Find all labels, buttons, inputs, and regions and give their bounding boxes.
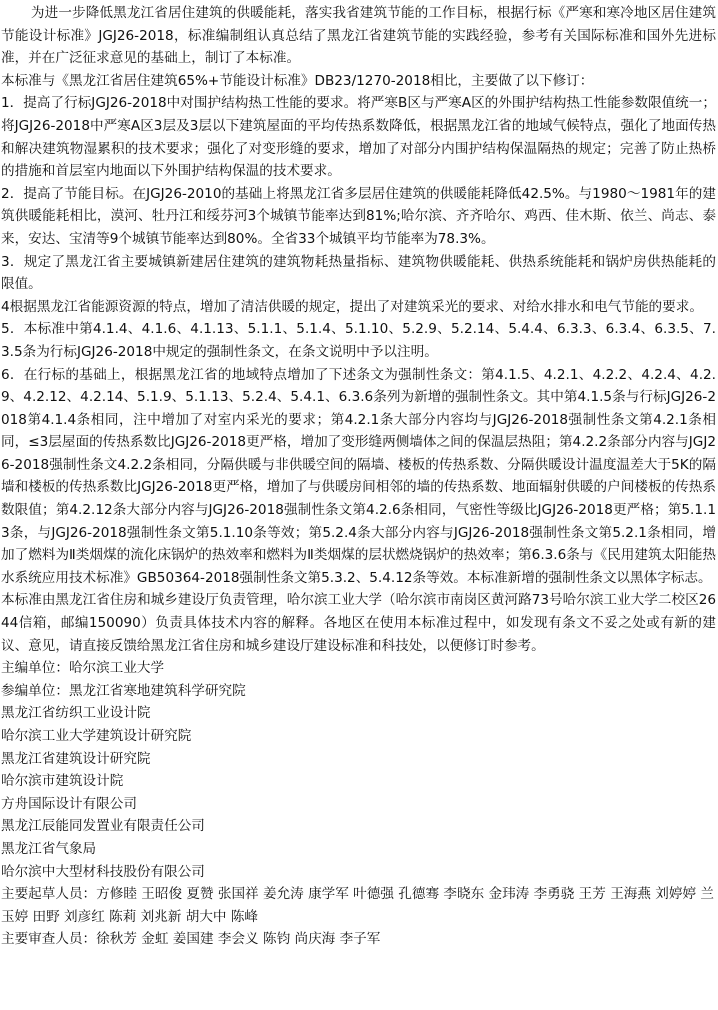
revision-item-4: 4根据黑龙江省能源资源的特点，增加了清洁供暖的规定，提出了对建筑采光的要求、对给… [1,296,716,319]
chief-editor-unit: 主编单位：哈尔滨工业大学 [1,657,716,680]
participating-unit: 黑龙江省建筑设计研究院 [1,748,716,771]
participating-unit: 方舟国际设计有限公司 [1,793,716,816]
management-paragraph: 本标准由黑龙江省住房和城乡建设厅负责管理，哈尔滨工业大学（哈尔滨市南岗区黄河路7… [1,589,716,657]
participating-unit: 哈尔滨中大型材科技股份有限公司 [1,861,716,884]
participating-unit: 哈尔滨工业大学建筑设计研究院 [1,725,716,748]
intro-paragraph: 为进一步降低黑龙江省居住建筑的供暖能耗，落实我省建筑节能的工作目标，根据行标《严… [1,2,716,70]
main-reviewers: 主要审查人员：徐秋芳 金虹 姜国建 李会义 陈钧 尚庆海 李子军 [1,928,716,951]
participating-unit: 黑龙江省纺织工业设计院 [1,702,716,725]
participating-unit: 黑龙江省气象局 [1,838,716,861]
comparison-paragraph: 本标准与《黑龙江省居住建筑65%+节能设计标准》DB23/1270-2018相比… [1,70,716,93]
revision-item-1: 1．提高了行标JGJ26-2018中对围护结构热工性能的要求。将严寒B区与严寒A… [1,92,716,182]
document-body: 为进一步降低黑龙江省居住建筑的供暖能耗，落实我省建筑节能的工作目标，根据行标《严… [0,0,718,951]
revision-item-6: 6．在行标的基础上，根据黑龙江省的地域特点增加了下述条文为强制性条文：第4.1.… [1,364,716,590]
main-drafters: 主要起草人员：方修睦 王昭俊 夏赞 张国祥 姜允涛 康学军 叶德强 孔德骞 李晓… [1,883,716,928]
revision-item-3: 3．规定了黑龙江省主要城镇新建居住建筑的建筑物耗热量指标、建筑物供暖能耗、供热系… [1,251,716,296]
revision-item-5: 5．本标准中第4.1.4、4.1.6、4.1.13、5.1.1、5.1.4、5.… [1,318,716,363]
participating-unit: 黑龙江辰能同发置业有限责任公司 [1,815,716,838]
participating-units-label: 参编单位：黑龙江省寒地建筑科学研究院 [1,680,716,703]
revision-item-2: 2．提高了节能目标。在JGJ26-2010的基础上将黑龙江省多层居住建筑的供暖能… [1,183,716,251]
participating-unit: 哈尔滨市建筑设计院 [1,770,716,793]
